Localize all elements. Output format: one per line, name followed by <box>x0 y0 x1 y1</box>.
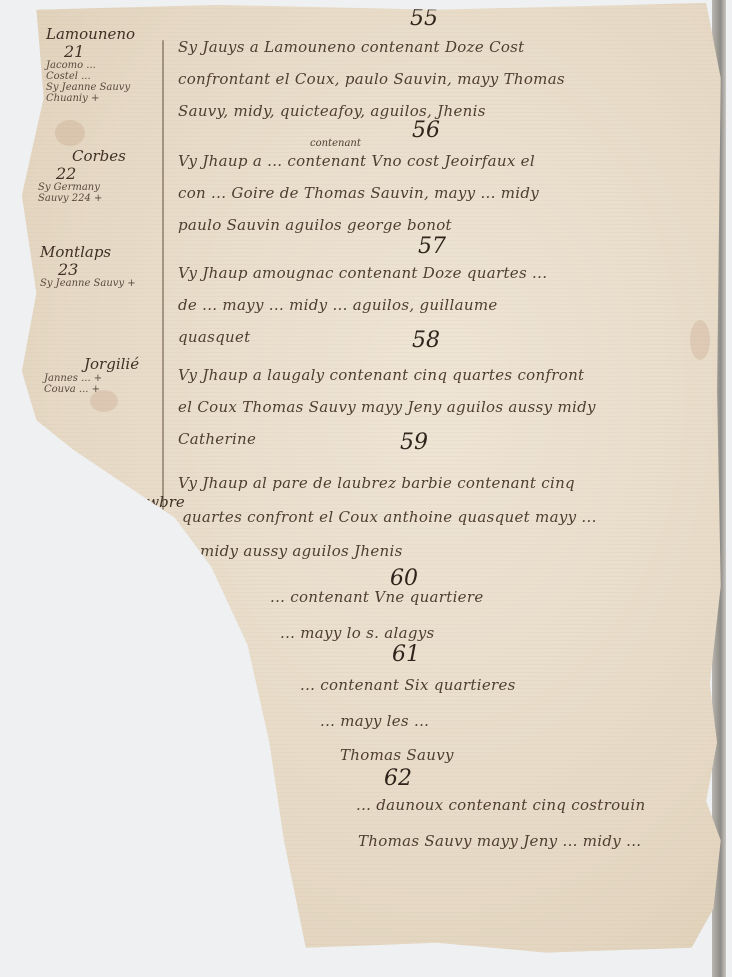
margin-place: Lamouneno <box>46 26 135 43</box>
entry-number: 55 <box>410 6 438 31</box>
margin-note: ...wbre <box>132 494 185 511</box>
stain <box>55 120 85 146</box>
margin-sub: Sy Germany <box>38 182 126 193</box>
interlinear-note: contenant <box>310 138 361 149</box>
entry-line: ... contenant Vne quartiere <box>270 588 484 606</box>
entry-number: 59 <box>400 430 428 455</box>
margin-sub: Chuaniy + <box>46 93 135 104</box>
entry-line: Vy Jhaup amougnac contenant Doze quartes… <box>178 264 547 282</box>
entry-line: Vy Jhaup a ... contenant Vno cost Jeoirf… <box>178 152 535 170</box>
margin-sub: Sauvy 224 + <box>38 193 126 204</box>
margin-place: Jorgilié <box>44 356 139 373</box>
entry-line: confrontant el Coux, paulo Sauvin, mayy … <box>178 70 565 88</box>
entry-number: 58 <box>412 328 440 353</box>
entry-number: 57 <box>418 234 446 259</box>
manuscript-page: Lamouneno 21 Jacomo ... Costel ... Sy Je… <box>0 0 728 977</box>
entry-line: con ... Goire de Thomas Sauvin, mayy ...… <box>178 184 539 202</box>
entry-line: Vy Jhaup a laugaly contenant cinq quarte… <box>178 366 584 384</box>
margin-note: Lamouneno 21 Jacomo ... Costel ... Sy Je… <box>46 26 135 104</box>
margin-note: Corbes 22 Sy Germany Sauvy 224 + <box>38 148 126 204</box>
entry-line: ... contenant Six quartieres <box>300 676 516 694</box>
entry-line: Thomas Sauvy <box>340 746 454 764</box>
entry-line: el Coux Thomas Sauvy mayy Jeny aguilos a… <box>178 398 596 416</box>
entry-line: paulo Sauvin aguilos george bonot <box>178 216 452 234</box>
entry-line: ... daunoux contenant cinq costrouin <box>356 796 645 814</box>
entry-line: Catherine <box>178 430 256 448</box>
margin-place: Corbes <box>38 148 126 165</box>
entry-line: ... mayy les ... <box>320 712 429 730</box>
margin-sub: Jannes ... + <box>44 373 139 384</box>
margin-number: 21 <box>46 43 135 61</box>
entry-line: midy aussy aguilos Jhenis <box>200 542 403 560</box>
entry-line: ... mayy lo s. alagys <box>280 624 435 642</box>
entry-number: 62 <box>384 766 412 791</box>
margin-note: Jorgilié Jannes ... + Couva ... + <box>44 356 139 395</box>
entry-number: 56 <box>412 118 440 143</box>
margin-sub: Costel ... <box>46 71 135 82</box>
margin-number: 22 <box>38 165 126 183</box>
margin-place: Montlaps <box>40 244 136 261</box>
margin-sub: Sy Jeanne Sauvy + <box>40 278 136 289</box>
entry-number: 61 <box>392 642 420 667</box>
margin-sub: Sy Jeanne Sauvy <box>46 82 135 93</box>
margin-number: 23 <box>40 261 136 279</box>
margin-sub: Couva ... + <box>44 384 139 395</box>
entry-line: Vy Jhaup al pare de laubrez barbie conte… <box>178 474 575 492</box>
stain <box>690 320 710 360</box>
margin-sub: Jacomo ... <box>46 60 135 71</box>
entry-line: quartes confront el Coux anthoine quasqu… <box>182 508 597 526</box>
entry-line: de ... mayy ... midy ... aguilos, guilla… <box>178 296 498 314</box>
entry-line: Thomas Sauvy mayy Jeny ... midy ... <box>358 832 641 850</box>
margin-note: Montlaps 23 Sy Jeanne Sauvy + <box>40 244 136 289</box>
entry-line: quasquet <box>178 328 250 346</box>
margin-rule <box>162 40 164 510</box>
margin-place: ...wbre <box>132 494 185 511</box>
entry-line: Sy Jauys a Lamouneno contenant Doze Cost <box>178 38 525 56</box>
